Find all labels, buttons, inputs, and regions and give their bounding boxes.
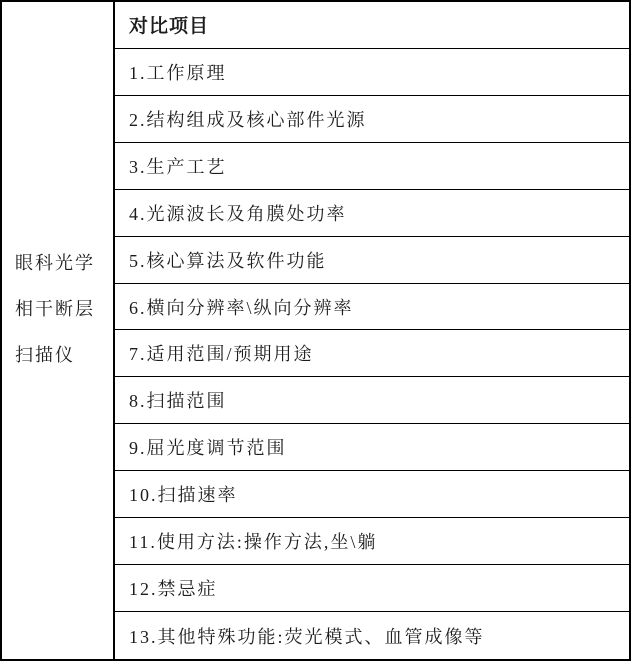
- column-header: 对比项目: [115, 2, 629, 49]
- device-name-line: 眼科光学: [15, 240, 113, 286]
- device-name-line: 相干断层: [15, 286, 113, 332]
- table-row: 6.横向分辨率\纵向分辨率: [115, 284, 629, 331]
- table-row: 11.使用方法:操作方法,坐\躺: [115, 518, 629, 565]
- comparison-table: 眼科光学 相干断层 扫描仪 对比项目 1.工作原理 2.结构组成及核心部件光源 …: [0, 0, 631, 661]
- table-row: 12.禁忌症: [115, 565, 629, 612]
- table-row: 9.屈光度调节范围: [115, 424, 629, 471]
- device-name-cell: 眼科光学 相干断层 扫描仪: [2, 2, 115, 659]
- comparison-items-column: 对比项目 1.工作原理 2.结构组成及核心部件光源 3.生产工艺 4.光源波长及…: [115, 2, 629, 659]
- table-row: 1.工作原理: [115, 49, 629, 96]
- table-row: 3.生产工艺: [115, 143, 629, 190]
- table-row: 10.扫描速率: [115, 471, 629, 518]
- table-row: 13.其他特殊功能:荧光模式、血管成像等: [115, 612, 629, 659]
- table-row: 2.结构组成及核心部件光源: [115, 96, 629, 143]
- table-row: 5.核心算法及软件功能: [115, 237, 629, 284]
- table-row: 4.光源波长及角膜处功率: [115, 190, 629, 237]
- table-row: 8.扫描范围: [115, 377, 629, 424]
- table-row: 7.适用范围/预期用途: [115, 330, 629, 377]
- device-name-line: 扫描仪: [15, 332, 113, 378]
